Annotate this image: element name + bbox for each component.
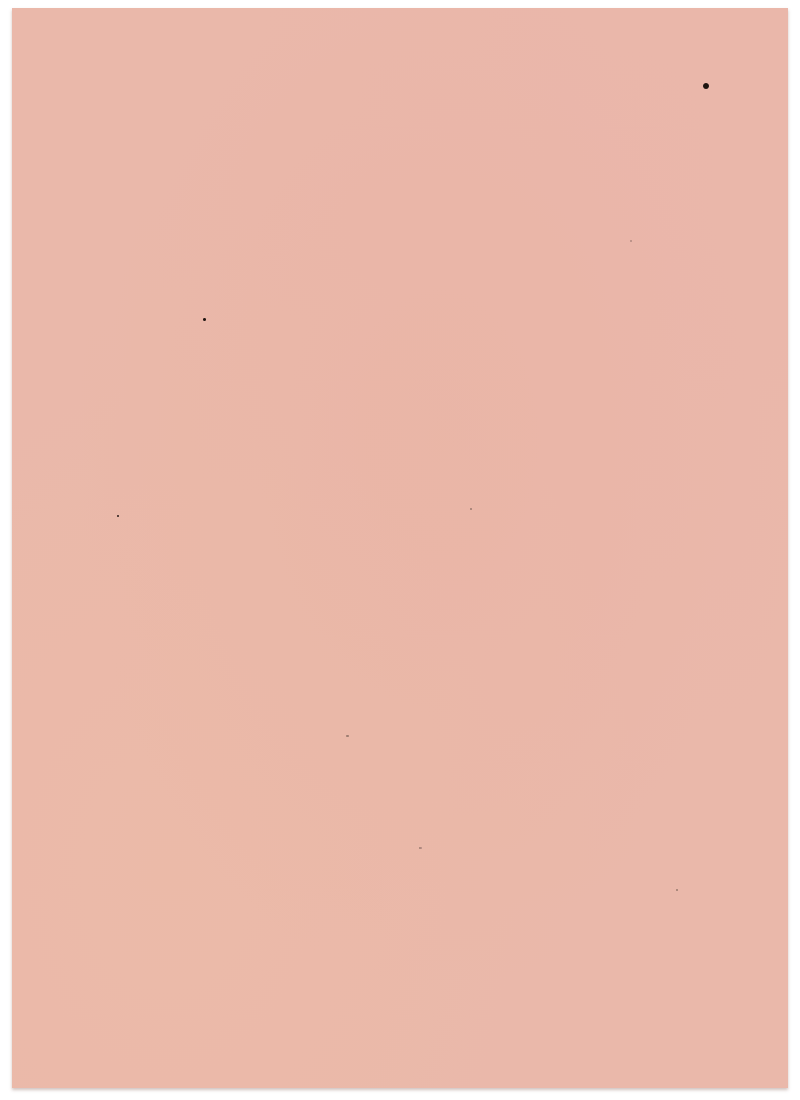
paper-speck <box>703 83 709 89</box>
paper-speck <box>420 847 422 849</box>
paper-speck <box>347 735 349 737</box>
paper-speck <box>630 240 632 242</box>
blank-paper-sheet <box>12 8 788 1088</box>
paper-speck <box>203 318 206 321</box>
paper-speck <box>676 889 678 891</box>
paper-speck <box>117 515 119 517</box>
paper-speck <box>470 508 472 510</box>
